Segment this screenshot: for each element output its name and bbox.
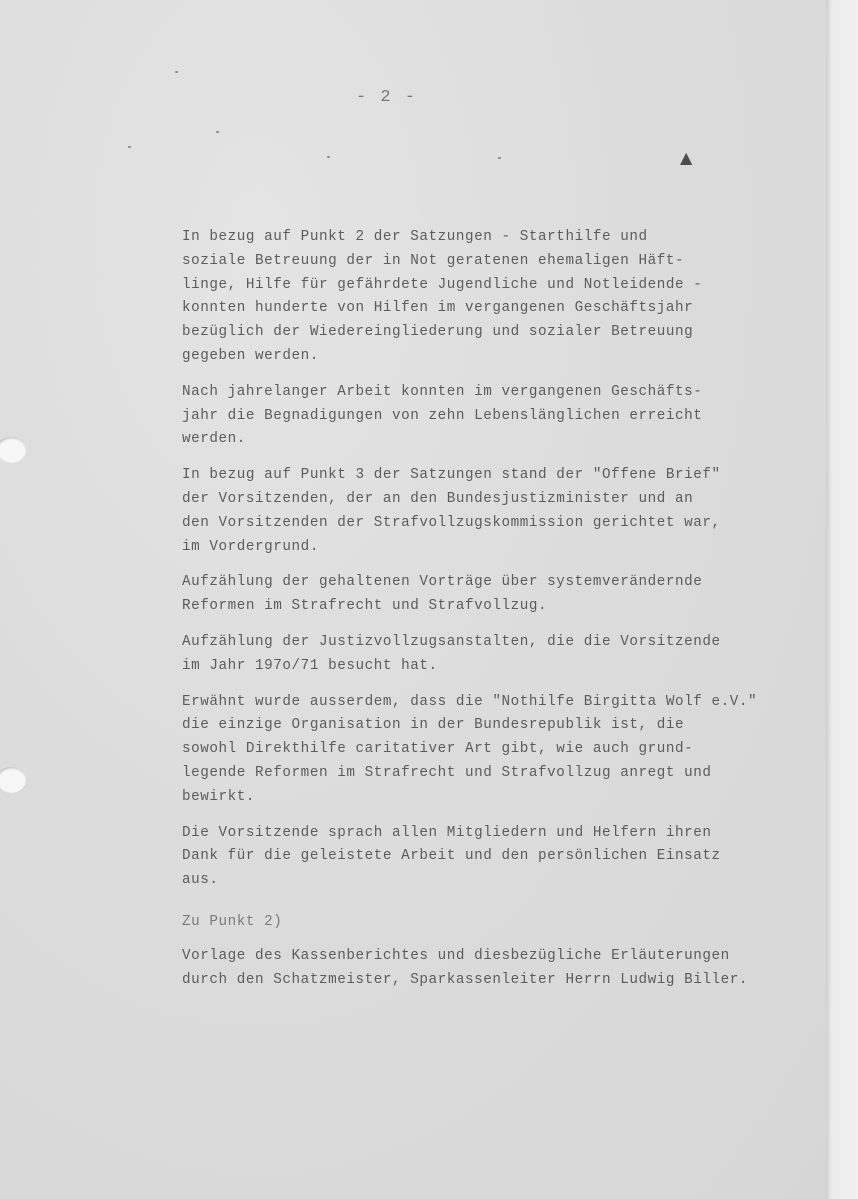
text-line: Die Vorsitzende sprach allen Mitgliedern…	[182, 822, 822, 846]
text-line: konnten hunderte von Hilfen im vergangen…	[182, 297, 822, 321]
paragraph: Nach jahrelanger Arbeit konnten im verga…	[182, 381, 822, 452]
text-line: legende Reformen im Strafrecht und Straf…	[182, 762, 822, 786]
speck	[216, 131, 219, 133]
text-line: Nach jahrelanger Arbeit konnten im verga…	[182, 381, 822, 405]
speck	[128, 146, 131, 148]
paragraph: In bezug auf Punkt 2 der Satzungen - Sta…	[182, 226, 822, 369]
text-line: Dank für die geleistete Arbeit und den p…	[182, 845, 822, 869]
final-paragraph: Vorlage des Kassenberichtes und diesbezü…	[182, 945, 822, 993]
text-line: den Vorsitzenden der Strafvollzugskommis…	[182, 512, 822, 536]
text-line: In bezug auf Punkt 2 der Satzungen - Sta…	[182, 226, 822, 250]
text-line: gegeben werden.	[182, 345, 822, 369]
text-line: jahr die Begnadigungen von zehn Lebenslä…	[182, 405, 822, 429]
text-line: werden.	[182, 428, 822, 452]
paragraph: Aufzählung der Justizvollzugsanstalten, …	[182, 631, 822, 679]
document-body: In bezug auf Punkt 2 der Satzungen - Sta…	[182, 226, 822, 1004]
text-line: Reformen im Strafrecht und Strafvollzug.	[182, 595, 822, 619]
text-line: der Vorsitzenden, der an den Bundesjusti…	[182, 488, 822, 512]
text-line: im Jahr 197o/71 besucht hat.	[182, 655, 822, 679]
text-line: die einzige Organisation in der Bundesre…	[182, 714, 822, 738]
paragraph: Aufzählung der gehaltenen Vorträge über …	[182, 571, 822, 619]
text-line: bewirkt.	[182, 786, 822, 810]
paragraph: In bezug auf Punkt 3 der Satzungen stand…	[182, 464, 822, 559]
punch-hole-bottom	[0, 767, 26, 793]
page-number: - 2 -	[356, 88, 417, 107]
speck	[498, 157, 501, 159]
paper-edge	[826, 0, 858, 1199]
text-line: Aufzählung der Justizvollzugsanstalten, …	[182, 631, 822, 655]
ink-blot-mark: ▲	[680, 148, 710, 166]
text-line: linge, Hilfe für gefährdete Jugendliche …	[182, 274, 822, 298]
text-line: Vorlage des Kassenberichtes und diesbezü…	[182, 945, 822, 969]
text-line: Erwähnt wurde ausserdem, dass die "Nothi…	[182, 691, 822, 715]
text-line: Aufzählung der gehaltenen Vorträge über …	[182, 571, 822, 595]
section-heading: Zu Punkt 2)	[182, 911, 822, 935]
text-line: im Vordergrund.	[182, 536, 822, 560]
scanned-document-page: - 2 - ▲ In bezug auf Punkt 2 der Satzung…	[0, 0, 858, 1199]
text-line: durch den Schatzmeister, Sparkassenleite…	[182, 969, 822, 993]
paragraph: Erwähnt wurde ausserdem, dass die "Nothi…	[182, 691, 822, 810]
text-line: bezüglich der Wiedereingliederung und so…	[182, 321, 822, 345]
text-line: aus.	[182, 869, 822, 893]
speck	[327, 156, 330, 158]
speck	[175, 71, 178, 73]
paragraph-list: In bezug auf Punkt 2 der Satzungen - Sta…	[182, 226, 822, 893]
text-line: soziale Betreuung der in Not geratenen e…	[182, 250, 822, 274]
paragraph: Die Vorsitzende sprach allen Mitgliedern…	[182, 822, 822, 893]
text-line: In bezug auf Punkt 3 der Satzungen stand…	[182, 464, 822, 488]
text-line: sowohl Direkthilfe caritativer Art gibt,…	[182, 738, 822, 762]
punch-hole-top	[0, 437, 26, 463]
